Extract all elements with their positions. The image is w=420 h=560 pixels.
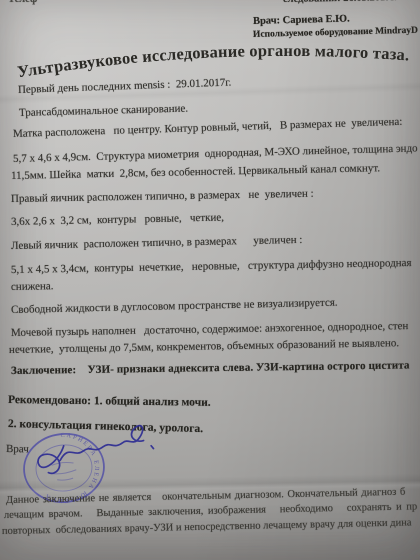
- report-line-cervix: 11,5мм. Шейка матки 2,8см, без особеннос…: [11, 162, 380, 182]
- report-photo: Телеф следования: 26.03.2017г. Врач: Сар…: [0, 0, 420, 560]
- report-line-uterus-size: 5,7 х 4,6 х 4,9см. Структура миометрия о…: [13, 142, 418, 165]
- footer-disclaimer-line: повторных обследованиях врачу-УЗИ и непо…: [2, 517, 412, 537]
- report-line-right-ovary-size: 3,6х 2,6 х 3,2 см, контуры ровные, четки…: [11, 212, 224, 228]
- report-line-right-ovary: Правый яичник расположен типично, в разм…: [11, 188, 314, 205]
- header-phone-partial: Телеф: [8, 0, 37, 5]
- report-line-left-ovary-cont: снижена.: [11, 280, 54, 293]
- report-line-left-ovary: Левый яичник расположен типично, в разме…: [11, 234, 303, 252]
- report-line-uterus: Матка расположена по центру. Контур ровн…: [13, 116, 403, 140]
- report-line-bladder-cont: нечеткие, утолщены до 7,5мм, конкременто…: [9, 337, 399, 356]
- report-line-scan-mode: Трансабдоминальное сканирование.: [19, 103, 188, 119]
- report-line-bladder: Мочевой пузырь наполнен достаточно, соде…: [11, 320, 409, 339]
- report-line-free-fluid: Свободной жидкости в дуглосовом простран…: [11, 297, 338, 316]
- report-line-recommendation-1: Рекомендовано: 1. общий анализ мочи.: [8, 394, 211, 409]
- svg-text:Ультразвуковое исследование ор: Ультразвуковое исследование органов мало…: [16, 39, 411, 82]
- doctor-name-line: Врач: Сариева Е.Ю.: [253, 13, 350, 27]
- report-line-left-ovary-size: 5,1 х 4,5 х 3,4см, контуры нечеткие, нер…: [11, 257, 412, 276]
- exam-date-partial: следования: 26.03.2017г.: [283, 0, 397, 5]
- report-line-conclusion: Заключение: УЗИ- признаки аднексита слев…: [11, 359, 410, 377]
